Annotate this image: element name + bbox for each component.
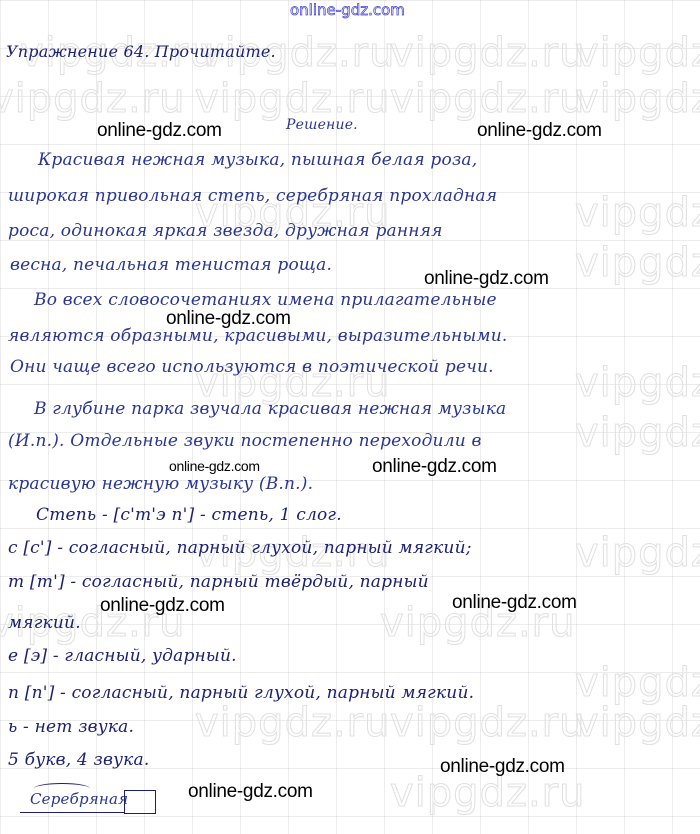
text-line: мягкий. bbox=[8, 613, 81, 633]
exercise-title: Упражнение 64. Прочитайте. bbox=[6, 42, 276, 61]
text-line: весна, печальная тенистая роща. bbox=[10, 255, 332, 275]
text-line: ь - нет звука. bbox=[8, 717, 134, 737]
bg-watermark: vipgdz.ru bbox=[575, 530, 700, 576]
bg-watermark: vipgdz.ru bbox=[390, 76, 585, 122]
bg-watermark: vipgdz.ru bbox=[575, 410, 700, 456]
overlay-watermark: online-gdz.com bbox=[188, 781, 313, 803]
bg-watermark: vipgdz.ru bbox=[575, 360, 700, 406]
bg-watermark: vipgdz.ru bbox=[195, 700, 390, 746]
overlay-watermark: online-gdz.com bbox=[97, 120, 222, 142]
text-line: т [т'] - согласный, парный твёрдый, парн… bbox=[8, 572, 429, 592]
overlay-watermark: online-gdz.com bbox=[166, 308, 291, 330]
text-line: (И.п.). Отдельные звуки постепенно перех… bbox=[8, 431, 482, 451]
bg-watermark: vipgdz.ru bbox=[575, 240, 700, 286]
overlay-watermark: online-gdz.com bbox=[424, 268, 549, 290]
text-line: роса, одинокая яркая звезда, дружная ран… bbox=[8, 221, 443, 241]
text-line: Красивая нежная музыка, пышная белая роз… bbox=[38, 150, 477, 170]
overlay-watermark: online-gdz.com bbox=[372, 456, 497, 478]
bg-watermark: vipgdz.ru bbox=[575, 30, 700, 76]
bg-watermark: vipgdz.ru bbox=[0, 76, 185, 122]
text-line: п [п'] - согласный, парный глухой, парны… bbox=[8, 683, 474, 703]
text-line: широкая привольная степь, серебряная про… bbox=[8, 186, 497, 206]
text-line: Они чаще всего используются в поэтическо… bbox=[10, 357, 494, 377]
bg-watermark: vipgdz.ru bbox=[575, 190, 700, 236]
text-line: с [с'] - согласный, парный глухой, парны… bbox=[8, 538, 472, 558]
ending-box bbox=[124, 790, 156, 814]
text-line: 5 букв, 4 звука. bbox=[8, 750, 149, 770]
bg-watermark: vipgdz.ru bbox=[390, 30, 585, 76]
overlay-watermark: online-gdz.com bbox=[440, 756, 565, 778]
overlay-watermark: online-gdz.com bbox=[100, 595, 225, 617]
bg-watermark: vipgdz.ru bbox=[575, 76, 700, 122]
text-line: е [э] - гласный, ударный. bbox=[8, 646, 237, 666]
bg-watermark: vipgdz.ru bbox=[575, 700, 700, 746]
overlay-watermark: online-gdz.com bbox=[169, 458, 260, 474]
text-line: Степь - [с'т'э п'] - степь, 1 слог. bbox=[36, 505, 342, 525]
stem-underline bbox=[20, 812, 124, 813]
text-line: В глубине парка звучала красивая нежная … bbox=[34, 399, 506, 419]
text-line: красивую нежную музыку (В.п.). bbox=[8, 474, 313, 494]
bg-watermark: vipgdz.ru bbox=[390, 700, 585, 746]
bg-watermark: vipgdz.ru bbox=[195, 76, 390, 122]
root-arc bbox=[34, 783, 90, 794]
overlay-watermark: online-gdz.com bbox=[477, 120, 602, 142]
top-watermark: online-gdz.com bbox=[290, 1, 405, 19]
text-line: Во всех словосочетаниях имена прилагател… bbox=[34, 290, 497, 310]
solution-label: Решение. bbox=[286, 117, 358, 133]
overlay-watermark: online-gdz.com bbox=[452, 592, 577, 614]
